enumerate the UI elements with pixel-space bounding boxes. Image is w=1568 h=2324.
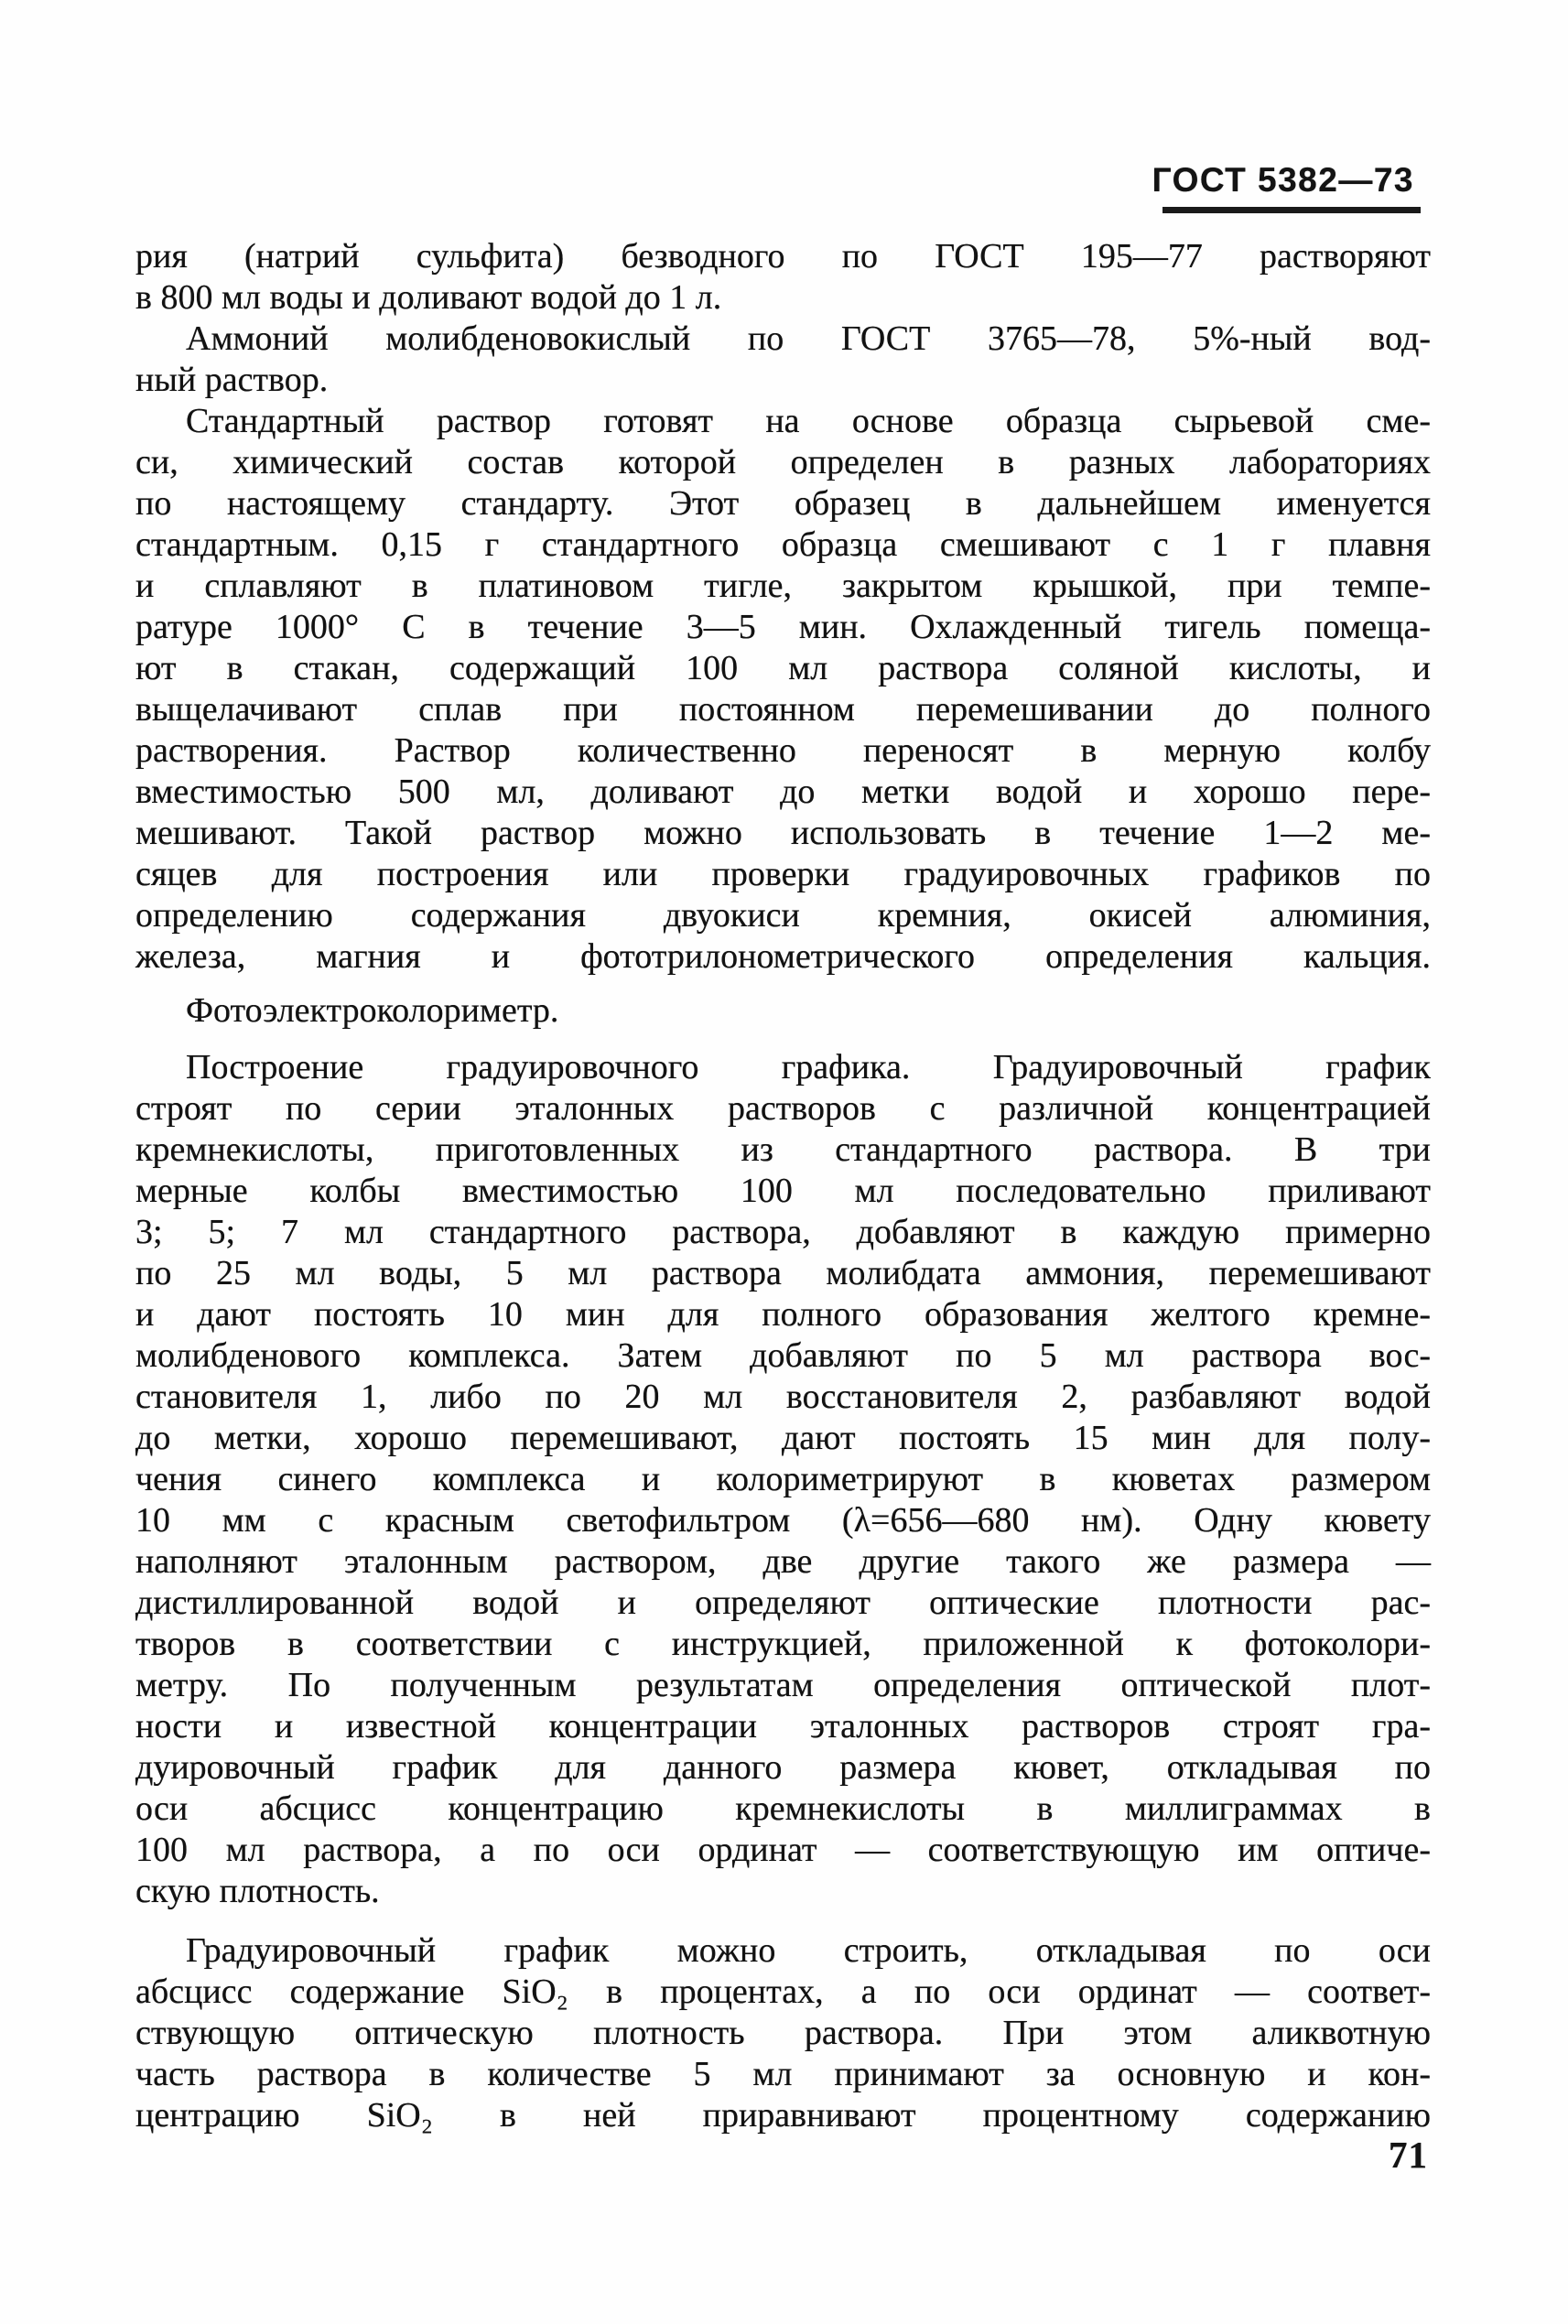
text-line: растворения. Раствор количественно перен… [135, 730, 1431, 772]
text-line: и сплавляют в платиновом тигле, закрытом… [135, 566, 1431, 607]
header-rule [1162, 207, 1421, 213]
text-line: Построение градуировочного графика. Град… [135, 1047, 1431, 1088]
paragraph: Аммоний молибденовокислый по ГОСТ 3765—7… [135, 319, 1431, 401]
text-line: метру. По полученным результатам определ… [135, 1665, 1431, 1706]
text-line: в 800 мл воды и доливают водой до 1 л. [135, 277, 1431, 319]
text-line: рия (натрий сульфита) безводного по ГОСТ… [135, 236, 1431, 277]
text-line: становителя 1, либо по 20 мл восстановит… [135, 1377, 1431, 1418]
text-line: оси абсцисс концентрацию кремнекислоты в… [135, 1789, 1431, 1830]
text-line: ности и известной концентрации эталонных… [135, 1706, 1431, 1747]
standard-designation: ГОСТ 5382—73 [1152, 161, 1414, 200]
text-line: ствующую оптическую плотность раствора. … [135, 2013, 1431, 2054]
text-line: 10 мм с красным светофильтром (λ=656—680… [135, 1500, 1431, 1541]
text-line: и дают постоять 10 мин для полного образ… [135, 1294, 1431, 1335]
text-line: си, химический состав которой определен … [135, 442, 1431, 483]
text-line: чения синего комплекса и колориметрируют… [135, 1459, 1431, 1500]
paragraph: Фотоэлектроколориметр. [135, 990, 1431, 1032]
text-line: стандартным. 0,15 г стандартного образца… [135, 524, 1431, 566]
text-line: мешивают. Такой раствор можно использова… [135, 813, 1431, 854]
text-line: 100 мл раствора, а по оси ординат — соот… [135, 1830, 1431, 1871]
text-line: по 25 мл воды, 5 мл раствора молибдата а… [135, 1253, 1431, 1294]
text-line: молибденового комплекса. Затем добавляют… [135, 1335, 1431, 1377]
text-line: строят по серии эталонных растворов с ра… [135, 1088, 1431, 1130]
text-line: по настоящему стандарту. Этот образец в … [135, 483, 1431, 524]
document-page: ГОСТ 5382—73 рия (натрий сульфита) безво… [0, 0, 1568, 2324]
text-line: наполняют эталонным раствором, две други… [135, 1541, 1431, 1583]
text-line: абсцисс содержание SiO₂ в процентах, а п… [135, 1972, 1431, 2013]
text-line: скую плотность. [135, 1871, 1431, 1912]
text-line: мерные колбы вместимостью 100 мл последо… [135, 1171, 1431, 1212]
text-line: ют в стакан, содержащий 100 мл раствора … [135, 648, 1431, 689]
text-line: Градуировочный график можно строить, отк… [135, 1930, 1431, 1972]
paragraph: Градуировочный график можно строить, отк… [135, 1930, 1431, 2136]
text-line: вместимостью 500 мл, доливают до метки в… [135, 772, 1431, 813]
text-line: 3; 5; 7 мл стандартного раствора, добавл… [135, 1212, 1431, 1253]
text-line: дистиллированной водой и определяют опти… [135, 1583, 1431, 1624]
text-block: рия (натрий сульфита) безводного по ГОСТ… [135, 236, 1431, 2136]
text-line: выщелачивают сплав при постоянном переме… [135, 689, 1431, 730]
text-line: Аммоний молибденовокислый по ГОСТ 3765—7… [135, 319, 1431, 360]
text-line: сяцев для построения или проверки градуи… [135, 854, 1431, 895]
paragraph: Стандартный раствор готовят на основе об… [135, 401, 1431, 978]
text-line: Стандартный раствор готовят на основе об… [135, 401, 1431, 442]
text-line: Фотоэлектроколориметр. [135, 990, 1431, 1032]
page-number: 71 [1389, 2133, 1428, 2177]
paragraph: Построение градуировочного графика. Град… [135, 1047, 1431, 1912]
text-line: часть раствора в количестве 5 мл принима… [135, 2054, 1431, 2095]
text-line: железа, магния и фототрилонометрического… [135, 936, 1431, 978]
text-line: творов в соответствии с инструкцией, при… [135, 1624, 1431, 1665]
text-line: центрацию SiO₂ в ней приравнивают процен… [135, 2095, 1431, 2136]
text-line: ный раствор. [135, 360, 1431, 401]
text-line: определению содержания двуокиси кремния,… [135, 895, 1431, 936]
text-line: дуировочный график для данного размера к… [135, 1747, 1431, 1789]
text-line: кремнекислоты, приготовленных из стандар… [135, 1130, 1431, 1171]
text-line: ратуре 1000° С в течение 3—5 мин. Охлажд… [135, 607, 1431, 648]
paragraph: рия (натрий сульфита) безводного по ГОСТ… [135, 236, 1431, 319]
text-line: до метки, хорошо перемешивают, дают пост… [135, 1418, 1431, 1459]
